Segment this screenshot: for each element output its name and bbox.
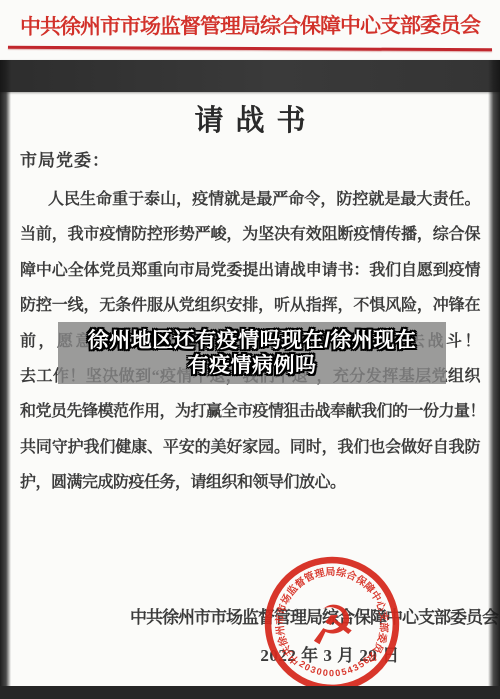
letterbox-bottom-band [0, 686, 500, 699]
body-line: 障中心全体党员郑重向市局党委提出请战申请书：我们自愿到疫情 [20, 253, 480, 288]
body-line: 人民生命重于泰山，疫情就是最严命令，防控就是最大责任。 [20, 182, 480, 217]
header-rule [8, 46, 492, 52]
letterbox-right-bar [488, 60, 500, 699]
document-photo: 中共徐州市市场监督管理局综合保障中心支部委员会 请战书 市局党委： 人民生命重于… [0, 0, 500, 699]
caption-overlay: 徐州地区还有疫情吗现在/徐州现在 有疫情病例吗 [58, 322, 446, 384]
body-line: 当前，我市疫情防控形势严峻，为坚决有效阻断疫情传播，综合保 [20, 217, 480, 252]
letterbox-left-bar [0, 60, 11, 699]
caption-line-2: 有疫情病例吗 [188, 353, 317, 378]
org-header-title: 中共徐州市市场监督管理局综合保障中心支部委员会 [10, 5, 490, 45]
caption-line-1: 徐州地区还有疫情吗现在/徐州现在 [88, 328, 417, 353]
body-line: 护，圆满完成防疫任务，请组织和领导们放心。 [20, 465, 480, 500]
body-line: 和党员先锋模范作用，为打赢全市疫情狙击战奉献我们的一份力量！ [20, 394, 480, 429]
letterbox-top-band [0, 60, 500, 92]
hammer-sickle-icon: ☭ [306, 595, 357, 657]
body-line: 防控一线，无条件服从党组织安排，听从指挥，不惧风险，冲锋在 [20, 288, 480, 323]
doc-title: 请战书 [0, 98, 500, 139]
body-line: 共同守护我们健康、平安的美好家园。同时，我们也会做好自我防 [20, 430, 480, 465]
official-seal: 中共徐州市市场监督管理局综合保障中心支部委员会 ☭ 203000054356 [256, 548, 408, 699]
salutation: 市局党委： [20, 146, 480, 171]
